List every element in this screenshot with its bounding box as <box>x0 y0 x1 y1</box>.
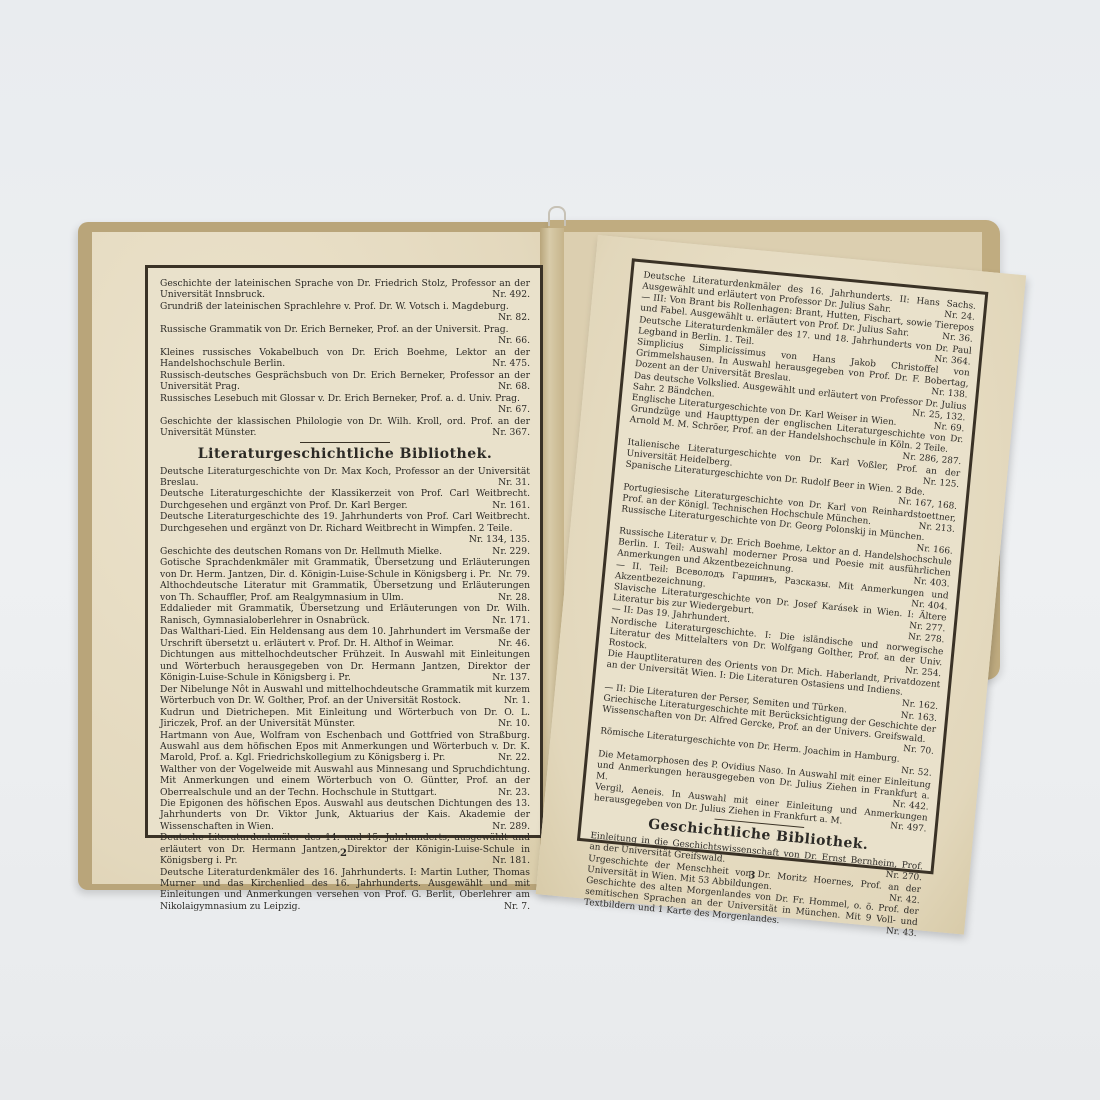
entry-text: Dichtungen aus mittelhochdeutscher Frühz… <box>160 649 530 683</box>
entry-number: Nr. 1. <box>498 695 530 706</box>
entry-number: Nr. 137. <box>486 672 530 683</box>
catalog-entry: Deutsche Literaturdenkmäler des 16. Jahr… <box>160 867 530 912</box>
catalog-entry: Geschichte der lateinischen Sprache von … <box>160 278 530 301</box>
entry-number: Nr. 289. <box>486 821 530 832</box>
right-page-frame: Deutsche Literaturdenkmäler des 16. Jahr… <box>577 258 988 874</box>
entry-text: Russisch-deutsches Gesprächsbuch von Dr.… <box>160 370 530 392</box>
entry-number: Nr. 68. <box>492 381 530 392</box>
left-entries-top: Geschichte der lateinischen Sprache von … <box>160 278 530 439</box>
catalog-entry: Eddalieder mit Grammatik, Übersetzung un… <box>160 603 530 626</box>
entry-text: Deutsche Literaturgeschichte von Dr. Max… <box>160 466 530 488</box>
catalog-entry: Russisch-deutsches Gesprächsbuch von Dr.… <box>160 370 530 393</box>
entry-text: Russisches Lesebuch mit Glossar v. Dr. E… <box>160 393 520 404</box>
entry-number: Nr. 82. <box>492 312 530 323</box>
entry-text: Deutsche Literaturgeschichte der Klassik… <box>160 488 530 510</box>
entry-number: Nr. 229. <box>486 546 530 557</box>
entry-number: Nr. 7. <box>498 901 530 912</box>
entry-text: Grundriß der lateinischen Sprachlehre v.… <box>160 301 509 312</box>
entry-text: Das Walthari-Lied. Ein Heldensang aus de… <box>160 626 530 648</box>
entry-number: Nr. 492. <box>486 289 530 300</box>
entry-number: Nr. 22. <box>492 752 530 763</box>
catalog-entry: Deutsche Literaturgeschichte von Dr. Max… <box>160 466 530 489</box>
entry-number: Nr. 161. <box>486 500 530 511</box>
entry-number: Nr. 28. <box>492 592 530 603</box>
catalog-entry: Dichtungen aus mittelhochdeutscher Frühz… <box>160 649 530 683</box>
catalog-entry: Russisches Lesebuch mit Glossar v. Dr. E… <box>160 393 530 416</box>
entry-text: Die Epigonen des höfischen Epos. Auswahl… <box>160 798 530 832</box>
catalog-entry: Walther von der Vogelweide mit Auswahl a… <box>160 764 530 798</box>
entry-text: Geschichte des deutschen Romans von Dr. … <box>160 546 442 557</box>
entry-number: Nr. 181. <box>486 855 530 866</box>
catalog-entry: Grundriß der lateinischen Sprachlehre v.… <box>160 301 530 324</box>
catalog-entry: Russische Grammatik von Dr. Erich Bernek… <box>160 324 530 347</box>
catalog-entry: Kleines russisches Vokabelbuch von Dr. E… <box>160 347 530 370</box>
right-loose-sheet: Deutsche Literaturdenkmäler des 16. Jahr… <box>536 235 1026 935</box>
catalog-entry: Deutsche Literaturgeschichte des 19. Jah… <box>160 511 530 545</box>
entry-text: Deutsche Literaturgeschichte des 19. Jah… <box>160 511 530 533</box>
entry-number: Nr. 66. <box>492 335 530 346</box>
entry-text: Geschichte der lateinischen Sprache von … <box>160 278 530 300</box>
entry-text: Hartmann von Aue, Wolfram von Eschenbach… <box>160 730 530 764</box>
entry-number: Nr. 79. <box>492 569 530 580</box>
binding-thread <box>548 206 566 226</box>
entry-text: Kudrun und Dietrichepen. Mit Einleitung … <box>160 707 530 729</box>
left-page-frame: Geschichte der lateinischen Sprache von … <box>145 265 543 838</box>
entry-number: Nr. 23. <box>492 787 530 798</box>
entry-number: Nr. 43. <box>879 926 917 940</box>
right-entries-top: Deutsche Literaturdenkmäler des 16. Jahr… <box>593 270 976 835</box>
entry-text: Gotische Sprachdenkmäler mit Grammatik, … <box>160 557 530 579</box>
left-entries-section: Deutsche Literaturgeschichte von Dr. Max… <box>160 466 530 912</box>
entry-text: Walther von der Vogelweide mit Auswahl a… <box>160 764 530 798</box>
entry-number: Nr. 367. <box>486 427 530 438</box>
entry-text: Althochdeutsche Literatur mit Grammatik,… <box>160 580 530 602</box>
catalog-entry: Das Walthari-Lied. Ein Heldensang aus de… <box>160 626 530 649</box>
entry-number: Nr. 10. <box>492 718 530 729</box>
catalog-entry: Gotische Sprachdenkmäler mit Grammatik, … <box>160 557 530 580</box>
entry-number: Nr. 134, 135. <box>463 534 530 545</box>
catalog-entry: Althochdeutsche Literatur mit Grammatik,… <box>160 580 530 603</box>
page-number-left: 2 <box>340 848 347 859</box>
catalog-entry: Geschichte der klassischen Philologie vo… <box>160 416 530 439</box>
entry-number: Nr. 46. <box>492 638 530 649</box>
entry-number: Nr. 31. <box>492 477 530 488</box>
entry-text: Geschichte der klassischen Philologie vo… <box>160 416 530 438</box>
catalog-entry: Hartmann von Aue, Wolfram von Eschenbach… <box>160 730 530 764</box>
entry-text: Eddalieder mit Grammatik, Übersetzung un… <box>160 603 530 625</box>
entry-text: Deutsche Literaturdenkmäler des 16. Jahr… <box>160 867 530 912</box>
entry-text: Russische Grammatik von Dr. Erich Bernek… <box>160 324 509 335</box>
divider-rule <box>300 442 390 443</box>
catalog-entry: Der Nibelunge Nôt in Auswahl und mittelh… <box>160 684 530 707</box>
catalog-entry: Geschichte des deutschen Romans von Dr. … <box>160 546 530 557</box>
entry-text: Der Nibelunge Nôt in Auswahl und mittelh… <box>160 684 530 706</box>
entry-number: Nr. 67. <box>492 404 530 415</box>
entry-text: Kleines russisches Vokabelbuch von Dr. E… <box>160 347 530 369</box>
page-number-right: 3 <box>748 870 756 882</box>
catalog-entry: Die Epigonen des höfischen Epos. Auswahl… <box>160 798 530 832</box>
catalog-entry: Kudrun und Dietrichepen. Mit Einleitung … <box>160 707 530 730</box>
section-heading-literaturgeschichtliche: Literaturgeschichtliche Bibliothek. <box>160 446 530 462</box>
entry-number: Nr. 475. <box>486 358 530 369</box>
catalog-entry: Deutsche Literaturgeschichte der Klassik… <box>160 488 530 511</box>
entry-number: Nr. 171. <box>486 615 530 626</box>
